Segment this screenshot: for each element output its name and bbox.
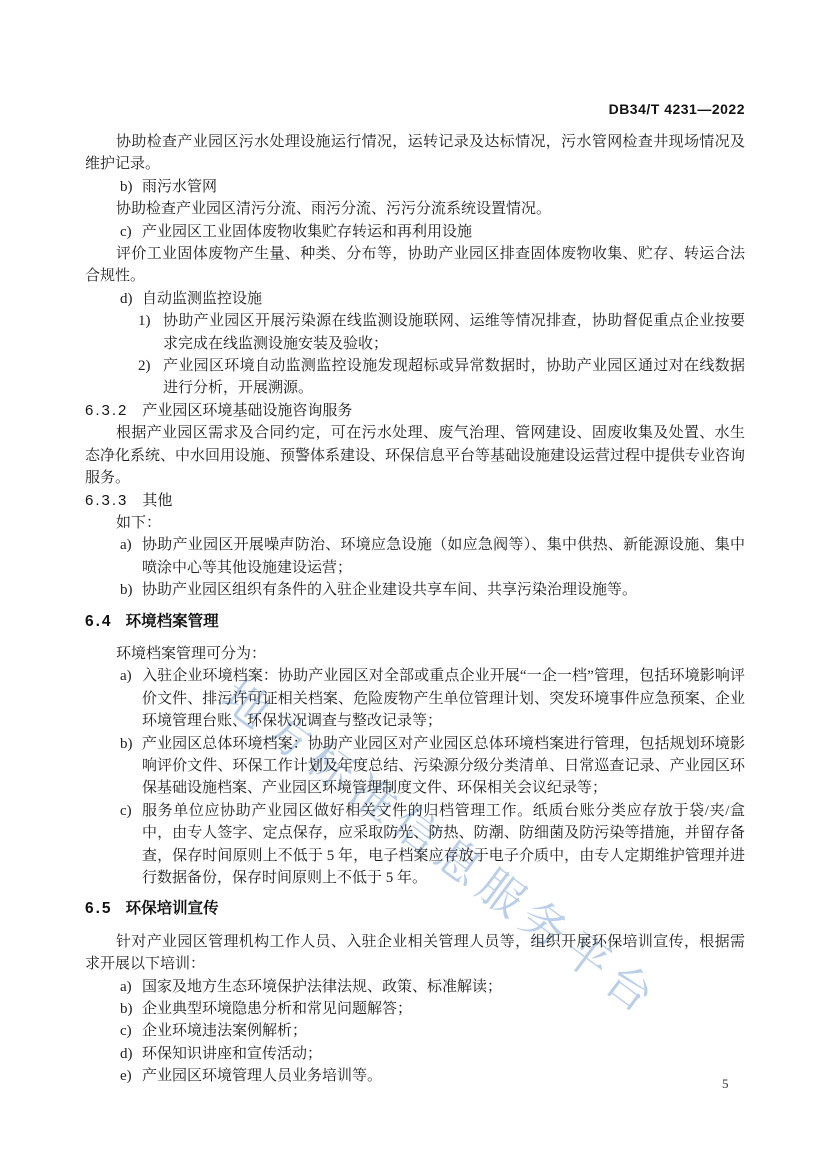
document-body: 协助检查产业园区污水处理设施运行情况，运转记录及达标情况，污水管网检查井现场情况… bbox=[85, 131, 745, 1088]
list-marker: c) bbox=[120, 1020, 132, 1042]
section-heading-6-4: 6.4环境档案管理 bbox=[85, 611, 745, 633]
list-marker: b) bbox=[120, 579, 133, 601]
paragraph: 评价工业固体废物产生量、种类、分布等，协助产业园区排查固体废物收集、贮存、转运合… bbox=[85, 243, 745, 288]
list-item-text: 自动监测监控设施 bbox=[142, 291, 262, 307]
list-marker: e) bbox=[120, 1065, 132, 1087]
list-marker: d) bbox=[120, 288, 133, 310]
list-item-c: c) 产业园区工业固体废物收集贮存转运和再利用设施 bbox=[85, 221, 745, 243]
list-marker: b) bbox=[120, 733, 133, 755]
list-item-b: b) 雨污水管网 bbox=[85, 176, 745, 198]
list-item-text: 企业环境违法案例解析； bbox=[142, 1023, 307, 1039]
list-item-text: 环保知识讲座和宣传活动； bbox=[142, 1046, 322, 1062]
list-marker: a) bbox=[120, 976, 132, 998]
sublist-item-1: 1) 协助产业园区开展污染源在线监测设施联网、运维等情况排查，协助督促重点企业按… bbox=[85, 310, 745, 355]
list-item-text: 入驻企业环境档案：协助产业园区对全部或重点企业开展“一企一档”管理，包括环境影响… bbox=[142, 668, 745, 729]
section-title: 环保培训宣传 bbox=[126, 900, 219, 917]
section-title: 环境档案管理 bbox=[126, 613, 219, 630]
paragraph: 协助检查产业园区清污分流、雨污分流、污污分流系统设置情况。 bbox=[85, 198, 745, 220]
list-marker: a) bbox=[120, 665, 132, 687]
paragraph: 针对产业园区管理机构工作人员、入驻企业相关管理人员等，组织开展环保培训宣传，根据… bbox=[85, 931, 745, 976]
list-item-a: a) 入驻企业环境档案：协助产业园区对全部或重点企业开展“一企一档”管理，包括环… bbox=[85, 665, 745, 732]
list-marker: 1) bbox=[138, 310, 151, 332]
section-heading-6-5: 6.5环保培训宣传 bbox=[85, 898, 745, 920]
list-marker: c) bbox=[120, 221, 132, 243]
list-item-text: 企业典型环境隐患分析和常见问题解答； bbox=[142, 1001, 412, 1017]
paragraph: 协助检查产业园区污水处理设施运行情况，运转记录及达标情况，污水管网检查井现场情况… bbox=[85, 131, 745, 176]
list-item-text: 产业园区工业固体废物收集贮存转运和再利用设施 bbox=[142, 224, 472, 240]
list-item-text: 产业园区环境管理人员业务培训等。 bbox=[142, 1068, 382, 1084]
clause-title: 产业园区环境基础设施咨询服务 bbox=[142, 402, 352, 419]
section-number: 6.5 bbox=[85, 900, 113, 917]
list-item-text: 产业园区环境自动监测监控设施发现超标或异常数据时，协助产业园区通过对在线数据进行… bbox=[163, 358, 745, 396]
standard-number-header: DB34/T 4231—2022 bbox=[609, 101, 745, 117]
section-number: 6.4 bbox=[85, 613, 113, 630]
list-marker: d) bbox=[120, 1043, 133, 1065]
list-item-d: d) 自动监测监控设施 bbox=[85, 288, 745, 310]
clause-number: 6.3.3 bbox=[85, 492, 128, 509]
list-item-text: 服务单位应协助产业园区做好相关文件的归档管理工作。纸质台账分类应存放于袋/夹/盒… bbox=[142, 803, 745, 886]
sublist-item-2: 2) 产业园区环境自动监测监控设施发现超标或异常数据时，协助产业园区通过对在线数… bbox=[85, 355, 745, 400]
list-item-text: 国家及地方生态环境保护法律法规、政策、标准解读； bbox=[142, 979, 502, 995]
list-item-text: 协助产业园区开展噪声防治、环境应急设施（如应急阀等）、集中供热、新能源设施、集中… bbox=[142, 537, 745, 575]
list-item-text: 协助产业园区开展污染源在线监测设施联网、运维等情况排查，协助督促重点企业按要求完… bbox=[163, 313, 745, 351]
list-marker: b) bbox=[120, 998, 133, 1020]
list-item-text: 协助产业园区组织有条件的入驻企业建设共享车间、共享污染治理设施等。 bbox=[142, 582, 637, 598]
list-item-b: b) 企业典型环境隐患分析和常见问题解答； bbox=[85, 998, 745, 1020]
list-marker: a) bbox=[120, 534, 132, 556]
list-item-b: b) 协助产业园区组织有条件的入驻企业建设共享车间、共享污染治理设施等。 bbox=[85, 579, 745, 601]
list-item-a: a) 协助产业园区开展噪声防治、环境应急设施（如应急阀等）、集中供热、新能源设施… bbox=[85, 534, 745, 579]
list-item-text: 雨污水管网 bbox=[142, 179, 217, 195]
list-marker: b) bbox=[120, 176, 133, 198]
clause-heading-6-3-2: 6.3.2产业园区环境基础设施咨询服务 bbox=[85, 400, 745, 422]
list-item-d: d) 环保知识讲座和宣传活动； bbox=[85, 1043, 745, 1065]
list-item-c: c) 企业环境违法案例解析； bbox=[85, 1020, 745, 1042]
list-item-c: c) 服务单位应协助产业园区做好相关文件的归档管理工作。纸质台账分类应存放于袋/… bbox=[85, 800, 745, 890]
paragraph: 环境档案管理可分为： bbox=[85, 643, 745, 665]
document-page: DB34/T 4231—2022 地方标准信息服务平台 协助检查产业园区污水处理… bbox=[0, 0, 826, 1169]
list-item-b: b) 产业园区总体环境档案：协助产业园区对产业园区总体环境档案进行管理，包括规划… bbox=[85, 733, 745, 800]
paragraph: 如下： bbox=[85, 512, 745, 534]
clause-title: 其他 bbox=[142, 492, 172, 509]
list-item-a: a) 国家及地方生态环境保护法律法规、政策、标准解读； bbox=[85, 976, 745, 998]
clause-number: 6.3.2 bbox=[85, 402, 128, 419]
paragraph: 根据产业园区需求及合同约定，可在污水处理、废气治理、管网建设、固废收集及处置、水… bbox=[85, 422, 745, 489]
list-item-e: e) 产业园区环境管理人员业务培训等。 bbox=[85, 1065, 745, 1087]
clause-heading-6-3-3: 6.3.3其他 bbox=[85, 490, 745, 512]
list-item-text: 产业园区总体环境档案：协助产业园区对产业园区总体环境档案进行管理，包括规划环境影… bbox=[142, 736, 745, 797]
list-marker: 2) bbox=[138, 355, 151, 377]
list-marker: c) bbox=[120, 800, 132, 822]
